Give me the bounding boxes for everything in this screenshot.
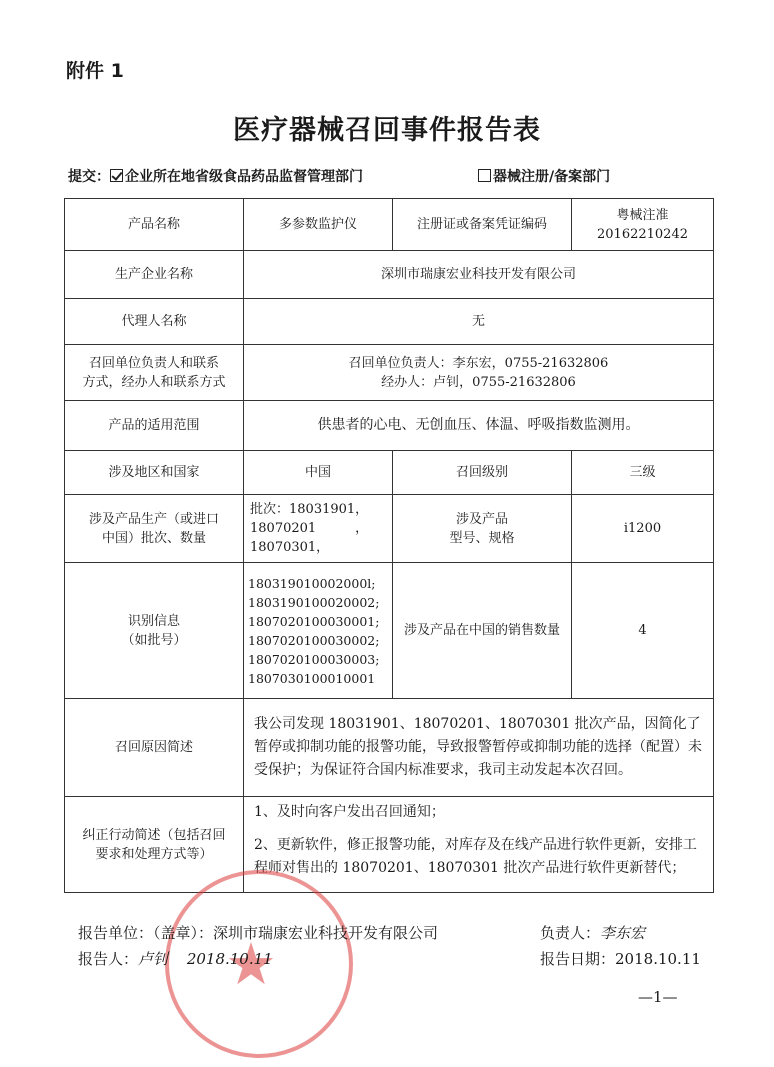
recall-level: 三级 [572,451,714,495]
submit-row: 提交：企业所在地省级食品药品监督管理部门 器械注册/备案部门 [68,166,708,186]
responsible-label: 负责人： [540,924,600,942]
report-unit-label: 报告单位：（盖章）： [78,924,213,942]
report-date-label: 报告日期： [540,950,615,968]
reporter-date: 2018.10.11 [187,950,273,968]
product-name-label: 产品名称 [65,199,244,251]
checkbox-registration-dept[interactable] [478,169,491,182]
submit-label: 提交： [68,169,110,185]
reason-label: 召回原因简述 [65,699,244,797]
scope: 供患者的心电、无创血压、体温、呼吸指数监测用。 [244,401,714,451]
contact-info: 召回单位负责人：李东宏，0755-21632806经办人：卢钊，0755-216… [244,345,714,401]
product-name: 多参数监护仪 [244,199,393,251]
batch-label: 涉及产品生产（或进口中国）批次、数量 [65,495,244,563]
report-date: 2018.10.11 [615,950,701,968]
model-label: 涉及产品型号、规格 [393,495,572,563]
submit-option-1: 企业所在地省级食品药品监督管理部门 [125,169,363,185]
recall-level-label: 召回级别 [393,451,572,495]
manufacturer-label: 生产企业名称 [65,251,244,299]
region: 中国 [244,451,393,495]
manufacturer: 深圳市瑞康宏业科技开发有限公司 [244,251,714,299]
checkbox-province-dept[interactable] [110,169,123,182]
id-label: 识别信息（如批号） [65,563,244,699]
action-label: 纠正行动简述（包括召回要求和处理方式等） [65,797,244,893]
report-table: 产品名称 多参数监护仪 注册证或备案凭证编码 粤械注准20162210242 生… [64,198,714,893]
report-unit: 深圳市瑞康宏业科技开发有限公司 [213,924,438,942]
agent-label: 代理人名称 [65,299,244,345]
model: i1200 [572,495,714,563]
reg-no: 粤械注准20162210242 [572,199,714,251]
footer: 报告单位：（盖章）：深圳市瑞康宏业科技开发有限公司 负责人：李东宏 报告人：卢钊… [78,920,718,972]
scope-label: 产品的适用范围 [65,401,244,451]
reason: 我公司发现 18031901、18070201、18070301 批次产品，因简… [244,699,714,797]
reporter-label: 报告人： [78,950,138,968]
batch-numbers: 批次：18031901，18070201 ，18070301， [244,495,393,563]
page-number: —1— [638,988,678,1006]
submit-option-2: 器械注册/备案部门 [493,169,610,185]
sales-label: 涉及产品在中国的销售数量 [393,563,572,699]
agent: 无 [244,299,714,345]
attachment-label: 附件 1 [66,56,124,83]
document-title: 医疗器械召回事件报告表 [0,108,774,147]
sales: 4 [572,563,714,699]
contact-label: 召回单位负责人和联系方式，经办人和联系方式 [65,345,244,401]
region-label: 涉及地区和国家 [65,451,244,495]
id-numbers: 180319010002000l; 1803190100020002; 1807… [244,563,393,699]
responsible-signature: 李东宏 [600,924,645,942]
corrective-actions: 1、及时向客户发出召回通知； 2、更新软件，修正报警功能，对库存及在线产品进行软… [244,797,714,893]
reg-no-label: 注册证或备案凭证编码 [393,199,572,251]
reporter-signature: 卢钊 [138,950,168,968]
